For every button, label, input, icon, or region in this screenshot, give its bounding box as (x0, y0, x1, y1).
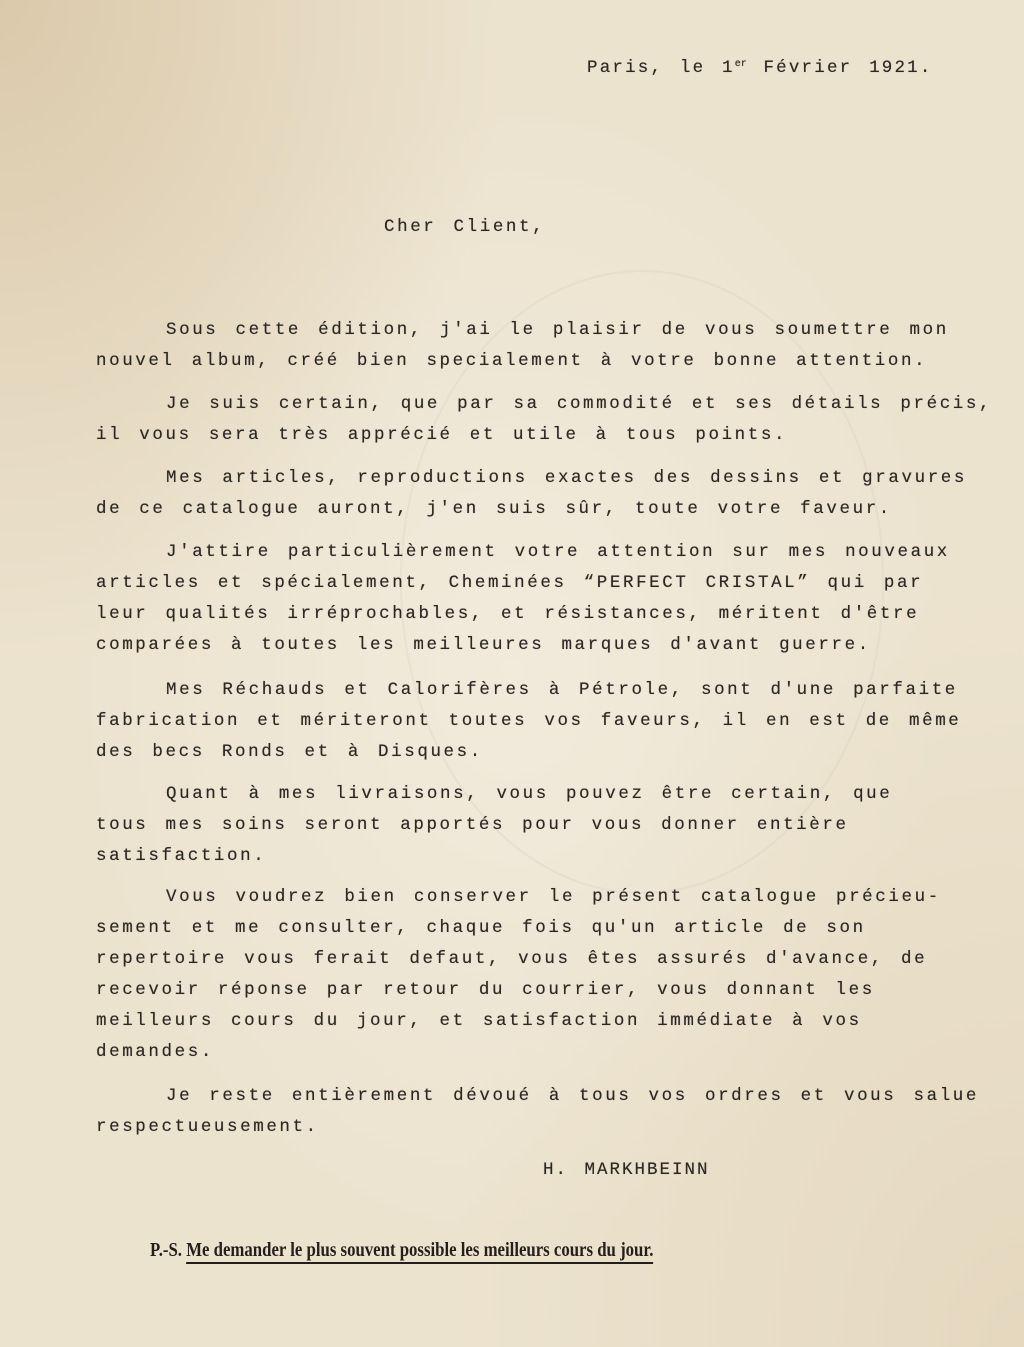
paragraph-5-line: fabrication et mériteront toutes vos fav… (96, 713, 961, 731)
date-ordinal: er (735, 59, 747, 70)
paragraph-4-line: J'attire particulièrement votre attentio… (166, 544, 950, 562)
letter-page: Paris, le 1er Février 1921. Cher Client,… (0, 0, 1024, 1347)
paragraph-3-line: de ce catalogue auront, j'en suis sûr, t… (96, 501, 892, 519)
paragraph-7-line: repertoire vous ferait defaut, vous êtes… (96, 951, 927, 969)
paragraph-7-line: meilleurs cours du jour, et satisfaction… (96, 1013, 862, 1031)
paragraph-6-line: Quant à mes livraisons, vous pouvez être… (166, 786, 892, 804)
signature: H. MARKHBEINN (543, 1162, 710, 1180)
paragraph-7-line: recevoir réponse par retour du courrier,… (96, 982, 875, 1000)
paragraph-2-line: il vous sera très apprécié et utile à to… (96, 427, 787, 445)
paragraph-1-line: nouvel album, créé bien specialement à v… (96, 353, 927, 371)
date-rest: Février 1921. (747, 58, 933, 78)
paragraph-6-line: tous mes soins seront apportés pour vous… (96, 817, 849, 835)
paragraph-8-line: Je reste entièrement dévoué à tous vos o… (166, 1088, 979, 1106)
salutation: Cher Client, (384, 219, 545, 237)
paragraph-5-line: Mes Réchauds et Calorifères à Pétrole, s… (166, 682, 958, 700)
postscript-prefix: P.-S. (150, 1240, 186, 1261)
paragraph-7-line: Vous voudrez bien conserver le présent c… (166, 889, 941, 907)
paragraph-4-line: articles et spécialement, Cheminées “PER… (96, 575, 923, 593)
paragraph-7-line: demandes. (96, 1044, 214, 1062)
paragraph-1-line: Sous cette édition, j'ai le plaisir de v… (166, 322, 949, 340)
postscript: P.-S. Me demander le plus souvent possib… (150, 1240, 653, 1262)
postscript-text: Me demander le plus souvent possible les… (186, 1240, 653, 1264)
paragraph-2-line: Je suis certain, que par sa commodité et… (166, 396, 992, 414)
paragraph-6-line: satisfaction. (96, 848, 266, 866)
paragraph-3-line: Mes articles, reproductions exactes des … (166, 470, 967, 488)
paragraph-8-line: respectueusement. (96, 1119, 319, 1137)
paragraph-4-line: comparées à toutes les meilleures marque… (96, 637, 871, 655)
paragraph-5-line: des becs Ronds et à Disques. (96, 744, 483, 762)
paragraph-4-line: leur qualités irréprochables, et résista… (96, 606, 919, 624)
letter-date: Paris, le 1er Février 1921. (587, 60, 933, 78)
paragraph-7-line: sement et me consulter, chaque fois qu'u… (96, 920, 866, 938)
date-text: Paris, le 1 (587, 58, 735, 78)
